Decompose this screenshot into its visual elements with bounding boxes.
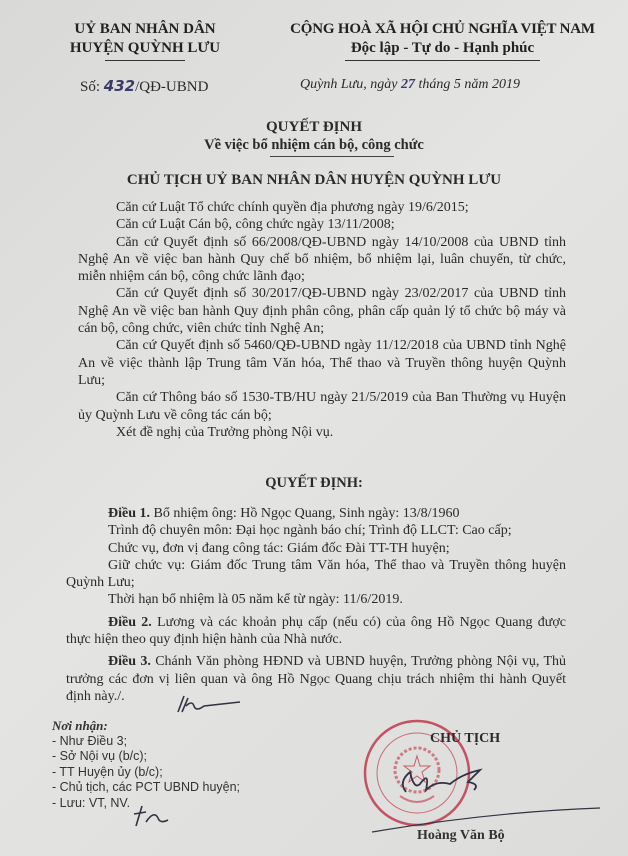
signature-icon [370, 760, 610, 835]
article-2-label: Điều 2. [108, 615, 152, 630]
nation-line-1: CỘNG HOÀ XÃ HỘI CHỦ NGHĨA VIỆT NAM [270, 20, 615, 39]
article-1-line-3: Chức vụ, đơn vị đang công tác: Giám đốc … [66, 540, 566, 557]
subject-underline [270, 156, 394, 157]
agency-line-2: HUYỆN QUỲNH LƯU [60, 39, 230, 58]
article-2: Điều 2. Lương và các khoản phụ cấp (nếu … [66, 614, 566, 649]
number-prefix: Số: [80, 79, 104, 95]
recipient-item: - Như Điều 3; [52, 734, 240, 750]
date-suffix: tháng 5 năm 2019 [415, 77, 520, 92]
agency-line-1: UỶ BAN NHÂN DÂN [60, 20, 230, 39]
basis-1: Căn cứ Luật Tổ chức chính quyền địa phươ… [78, 199, 566, 216]
document-subject: Về việc bổ nhiệm cán bộ, công chức [0, 137, 628, 154]
article-3-label: Điều 3. [108, 654, 151, 669]
document-number: Số: 432/QĐ-UBND [80, 77, 208, 96]
basis-4: Căn cứ Quyết định số 30/2017/QĐ-UBND ngà… [78, 285, 566, 337]
article-1-line-2: Trình độ chuyên môn: Đại học ngành báo c… [66, 522, 566, 539]
issuer-heading: CHỦ TỊCH UỶ BAN NHÂN DÂN HUYỆN QUỲNH LƯU [0, 172, 628, 189]
motto-underline [345, 60, 540, 61]
date-prefix: Quỳnh Lưu, ngày [300, 77, 401, 92]
article-3: Điều 3. Chánh Văn phòng HĐND và UBND huy… [66, 653, 566, 705]
recipient-item: - Sở Nội vụ (b/c); [52, 749, 240, 765]
issue-date: Quỳnh Lưu, ngày 27 tháng 5 năm 2019 [300, 77, 520, 93]
recipient-item: - TT Huyện ủy (b/c); [52, 765, 240, 781]
article-1-line-5: Thời hạn bổ nhiệm là 05 năm kể từ ngày: … [66, 591, 566, 608]
article-1-line-4: Giữ chức vụ: Giám đốc Trung tâm Văn hóa,… [66, 557, 566, 592]
agency-underline [105, 60, 185, 61]
signer-title: CHỦ TỊCH [430, 731, 500, 747]
nation-line-2: Độc lập - Tự do - Hạnh phúc [270, 39, 615, 58]
basis-7: Xét đề nghị của Trưởng phòng Nội vụ. [78, 424, 566, 441]
legal-bases: Căn cứ Luật Tổ chức chính quyền địa phươ… [78, 199, 566, 441]
article-1: Điều 1. Bổ nhiệm ông: Hồ Ngọc Quang, Sin… [66, 505, 566, 522]
number-suffix: /QĐ-UBND [135, 79, 208, 95]
article-1-line-1: Bổ nhiệm ông: Hồ Ngọc Quang, Sinh ngày: … [150, 506, 460, 521]
archive-initial-icon [130, 800, 170, 830]
document-title: QUYẾT ĐỊNH [0, 119, 628, 136]
date-day-handwritten: 27 [401, 77, 415, 92]
signer-name: Hoàng Văn Bộ [417, 828, 505, 844]
basis-2: Căn cứ Luật Cán bộ, công chức ngày 13/11… [78, 216, 566, 233]
national-motto: CỘNG HOÀ XÃ HỘI CHỦ NGHĨA VIỆT NAM Độc l… [270, 20, 615, 61]
article-1-label: Điều 1. [108, 506, 150, 521]
number-handwritten: 432 [104, 77, 135, 95]
recipient-item: - Chủ tịch, các PCT UBND huyện; [52, 780, 240, 796]
initial-mark-icon [170, 692, 260, 716]
articles: Điều 1. Bổ nhiệm ông: Hồ Ngọc Quang, Sin… [66, 505, 566, 705]
recipients-block: Nơi nhận: - Như Điều 3; - Sở Nội vụ (b/c… [52, 718, 240, 811]
issuing-agency: UỶ BAN NHÂN DÂN HUYỆN QUỲNH LƯU [60, 20, 230, 61]
recipients-heading: Nơi nhận: [52, 718, 240, 734]
decision-heading: QUYẾT ĐỊNH: [0, 475, 628, 492]
basis-3: Căn cứ Quyết định số 66/2008/QĐ-UBND ngà… [78, 234, 566, 286]
basis-5: Căn cứ Quyết định số 5460/QĐ-UBND ngày 1… [78, 337, 566, 389]
basis-6: Căn cứ Thông báo số 1530-TB/HU ngày 21/5… [78, 389, 566, 424]
